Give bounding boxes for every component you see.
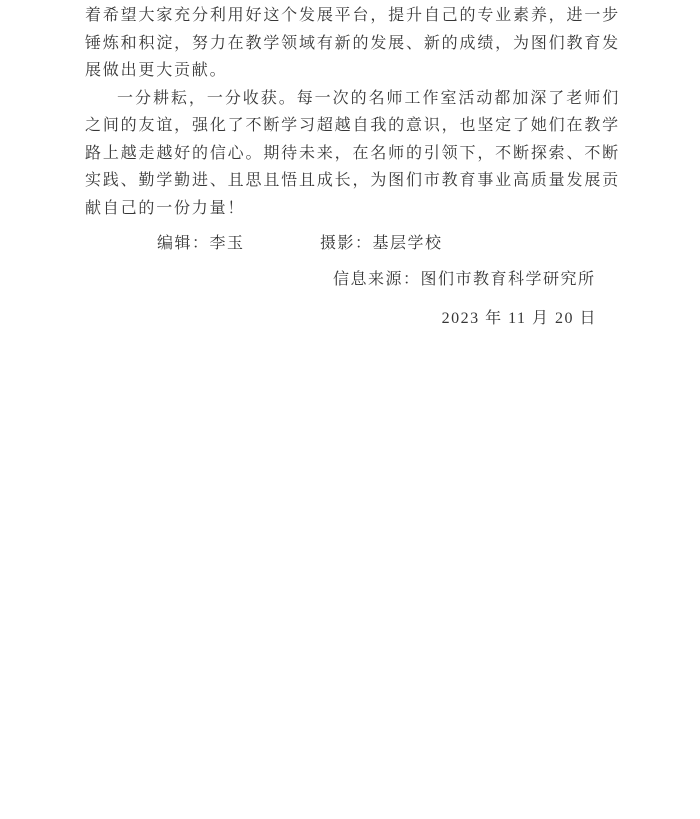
credit-line-source: 信息来源：图们市教育科学研究所 — [333, 266, 620, 294]
photographer-credit: 摄影：基层学校 — [320, 235, 443, 252]
date-text: 2023 年 11 月 20 日 — [442, 310, 597, 327]
credit-line-date: 2023 年 11 月 20 日 — [85, 305, 597, 333]
body-paragraph-closing: 一分耕耘，一分收获。每一次的名师工作室活动都加深了老师们之间的友谊，强化了不断学… — [85, 85, 620, 223]
body-paragraph-continuation: 着希望大家充分利用好这个发展平台，提升自己的专业素养，进一步锤炼和积淀，努力在教… — [85, 2, 620, 85]
credit-line-editor-photo: 编辑：李玉 摄影：基层学校 — [157, 230, 620, 258]
document-page: 着希望大家充分利用好这个发展平台，提升自己的专业素养，进一步锤炼和积淀，努力在教… — [0, 0, 700, 819]
editor-credit: 编辑：李玉 — [157, 235, 245, 252]
source-credit: 信息来源：图们市教育科学研究所 — [333, 271, 596, 288]
credits-block: 编辑：李玉 摄影：基层学校 信息来源：图们市教育科学研究所 2023 年 11 … — [85, 230, 620, 333]
